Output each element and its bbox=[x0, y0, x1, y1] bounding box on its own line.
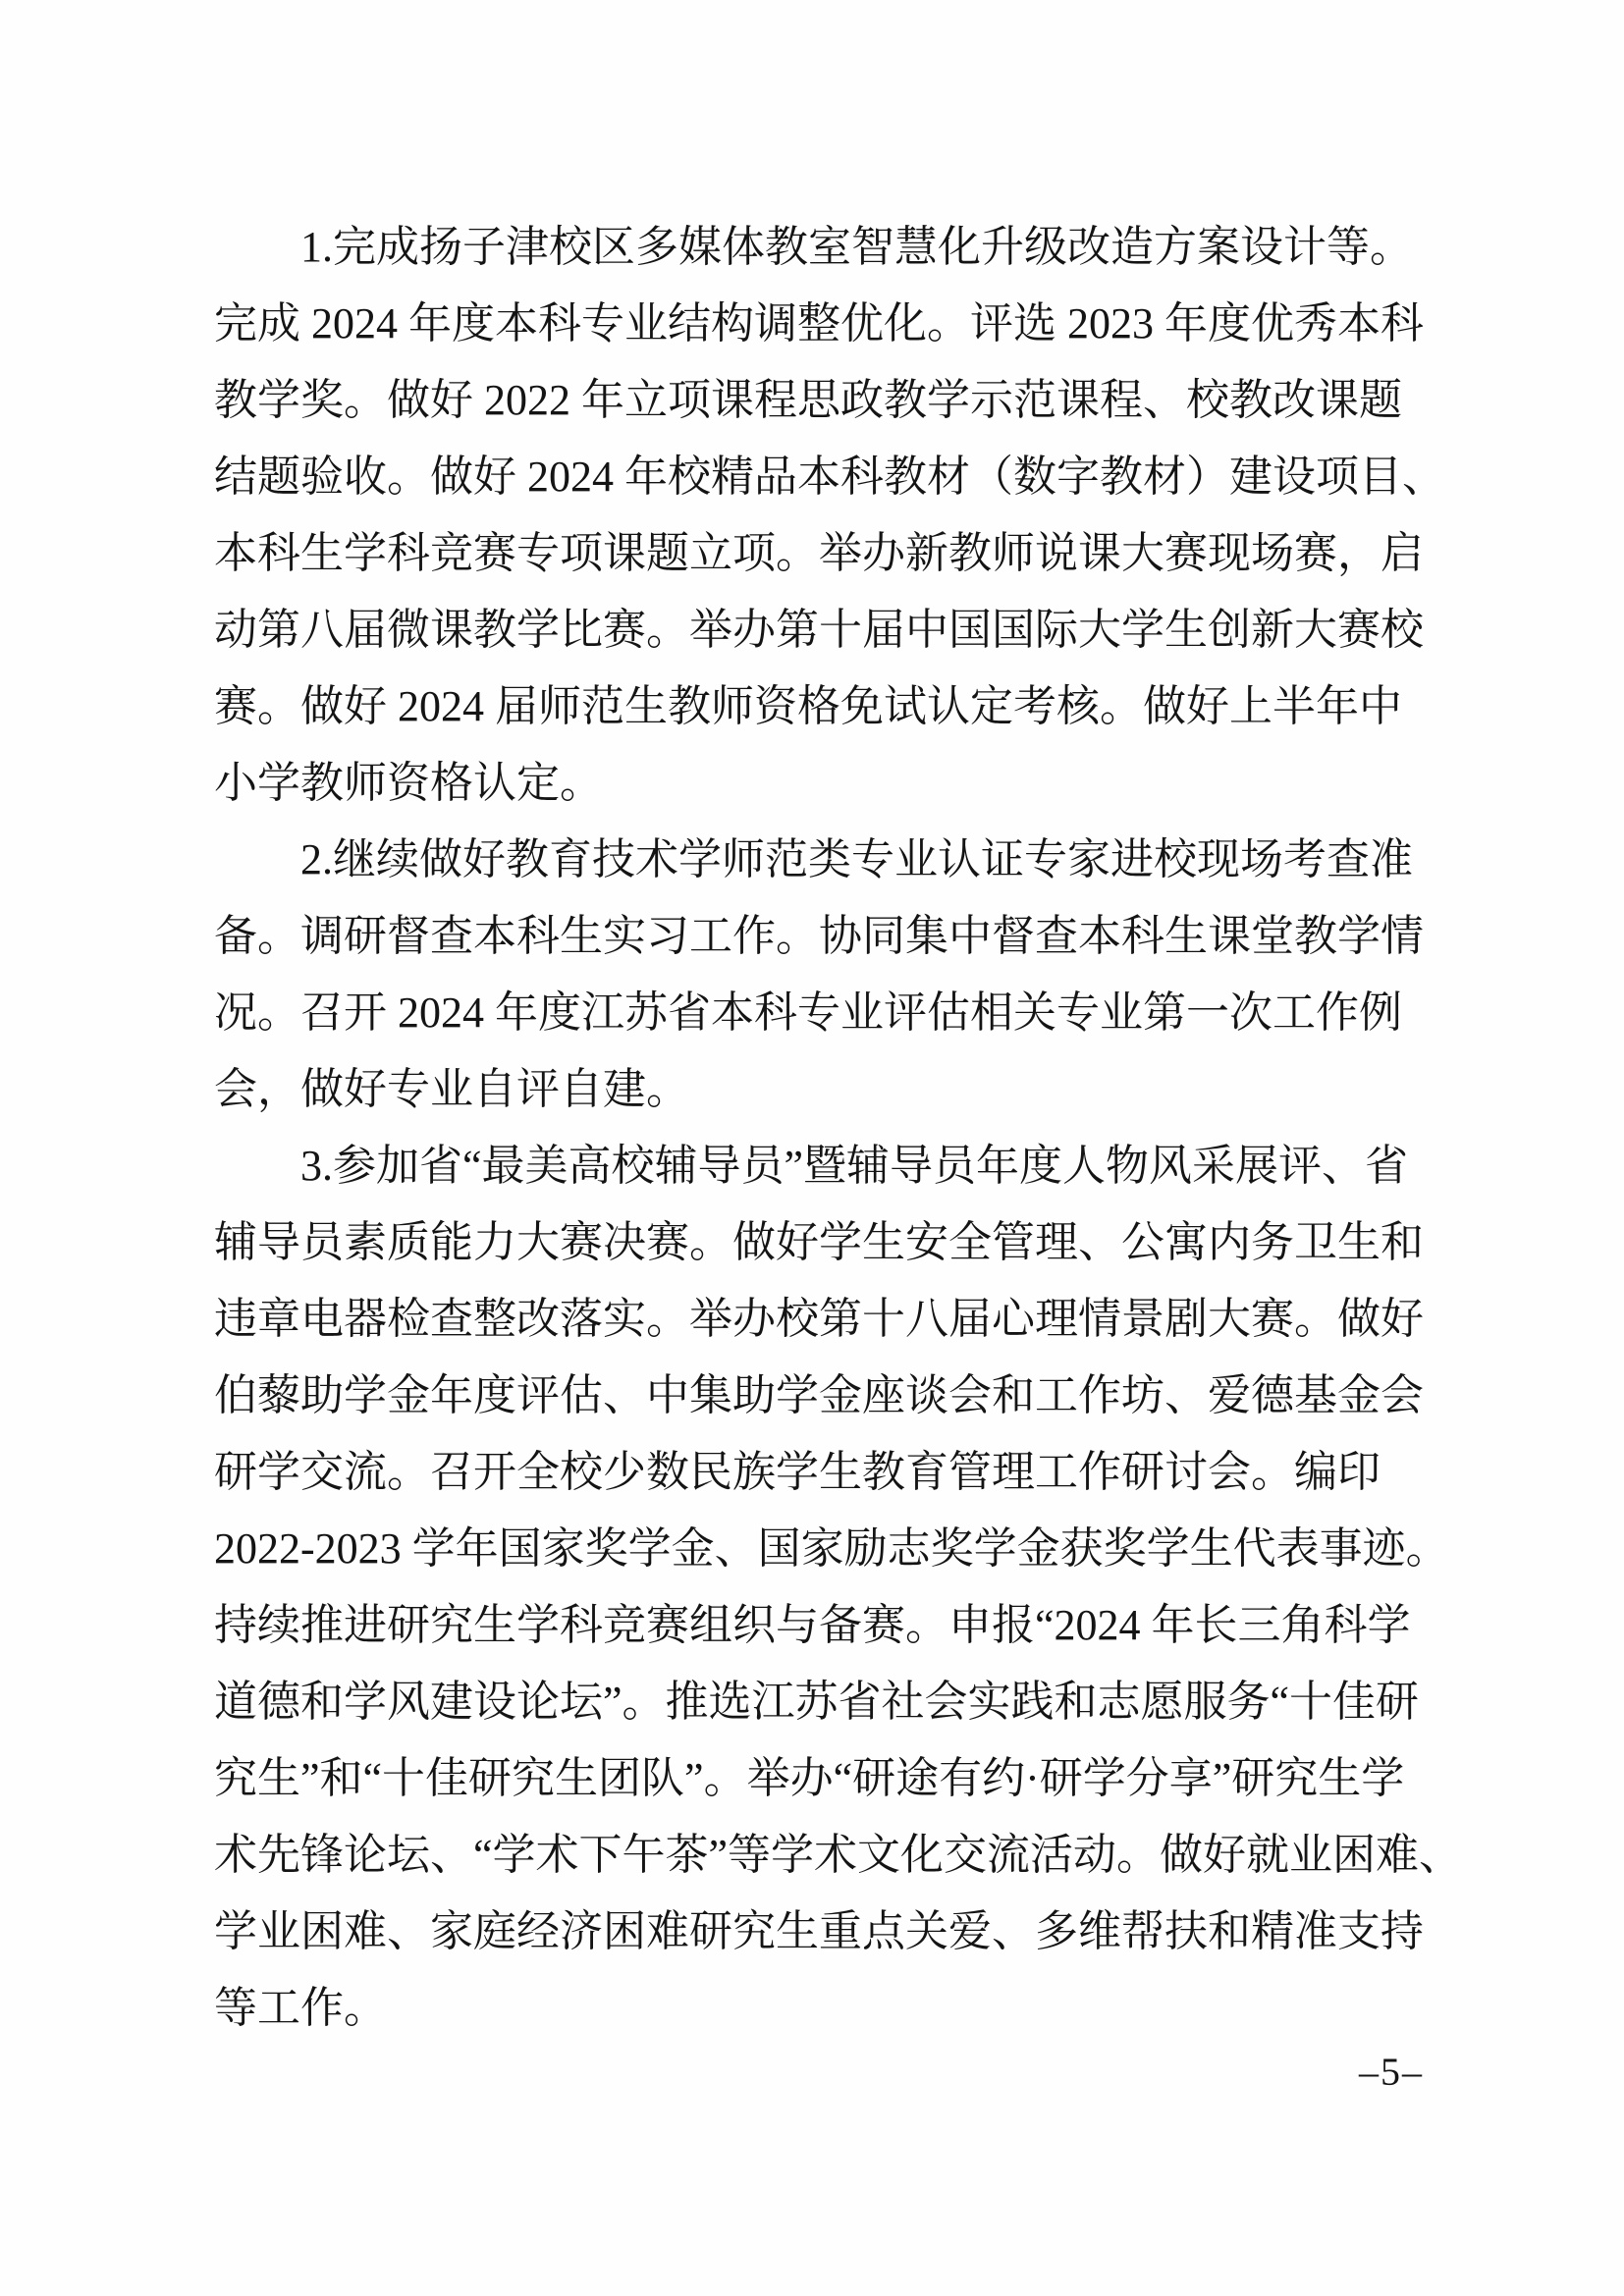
text-line-p3-l11: 学业困难、家庭经济困难研究生重点关爱、多维帮扶和精准支持 bbox=[214, 1894, 1432, 1970]
text-line-p3-l3: 违章电器检查整改落实。举办校第十八届心理情景剧大赛。做好 bbox=[214, 1281, 1432, 1358]
page-number: –5– bbox=[1359, 2048, 1424, 2097]
document-body: 1.完成扬子津校区多媒体教室智慧化升级改造方案设计等。完成 2024 年度本科专… bbox=[214, 209, 1432, 2047]
text-line-p1-l2: 完成 2024 年度本科专业结构调整优化。评选 2023 年度优秀本科 bbox=[214, 286, 1432, 362]
text-line-p3-l9: 究生”和“十佳研究生团队”。举办“研途有约·研学分享”研究生学 bbox=[214, 1740, 1432, 1817]
text-line-p1-l7: 赛。做好 2024 届师范生教师资格免试认定考核。做好上半年中 bbox=[214, 668, 1432, 745]
text-line-p3-l5: 研学交流。召开全校少数民族学生教育管理工作研讨会。编印 bbox=[214, 1434, 1432, 1511]
document-page: 1.完成扬子津校区多媒体教室智慧化升级改造方案设计等。完成 2024 年度本科专… bbox=[0, 0, 1624, 2296]
text-line-p1-l8: 小学教师资格认定。 bbox=[214, 745, 1432, 822]
text-line-p3-l4: 伯藜助学金年度评估、中集助学金座谈会和工作坊、爱德基金会 bbox=[214, 1358, 1432, 1434]
text-line-p3-l12: 等工作。 bbox=[214, 1970, 1432, 2047]
text-line-p1-l5: 本科生学科竞赛专项课题立项。举办新教师说课大赛现场赛，启 bbox=[214, 515, 1432, 592]
text-line-p1-l1: 1.完成扬子津校区多媒体教室智慧化升级改造方案设计等。 bbox=[214, 209, 1432, 286]
text-line-p1-l4: 结题验收。做好 2024 年校精品本科教材（数字教材）建设项目、 bbox=[214, 439, 1432, 515]
text-line-p3-l2: 辅导员素质能力大赛决赛。做好学生安全管理、公寓内务卫生和 bbox=[214, 1204, 1432, 1281]
text-line-p2-l4: 会，做好专业自评自建。 bbox=[214, 1051, 1432, 1128]
text-line-p2-l2: 备。调研督查本科生实习工作。协同集中督查本科生课堂教学情 bbox=[214, 898, 1432, 975]
text-line-p3-l6: 2022-2023 学年国家奖学金、国家励志奖学金获奖学生代表事迹。 bbox=[214, 1511, 1432, 1587]
text-line-p3-l10: 术先锋论坛、“学术下午茶”等学术文化交流活动。做好就业困难、 bbox=[214, 1817, 1432, 1894]
text-line-p3-l1: 3.参加省“最美高校辅导员”暨辅导员年度人物风采展评、省 bbox=[214, 1128, 1432, 1204]
text-line-p1-l6: 动第八届微课教学比赛。举办第十届中国国际大学生创新大赛校 bbox=[214, 592, 1432, 668]
text-line-p2-l3: 况。召开 2024 年度江苏省本科专业评估相关专业第一次工作例 bbox=[214, 975, 1432, 1051]
text-line-p3-l7: 持续推进研究生学科竞赛组织与备赛。申报“2024 年长三角科学 bbox=[214, 1587, 1432, 1664]
text-line-p2-l1: 2.继续做好教育技术学师范类专业认证专家进校现场考查准 bbox=[214, 822, 1432, 898]
text-line-p3-l8: 道德和学风建设论坛”。推选江苏省社会实践和志愿服务“十佳研 bbox=[214, 1664, 1432, 1740]
text-line-p1-l3: 教学奖。做好 2022 年立项课程思政教学示范课程、校教改课题 bbox=[214, 362, 1432, 439]
